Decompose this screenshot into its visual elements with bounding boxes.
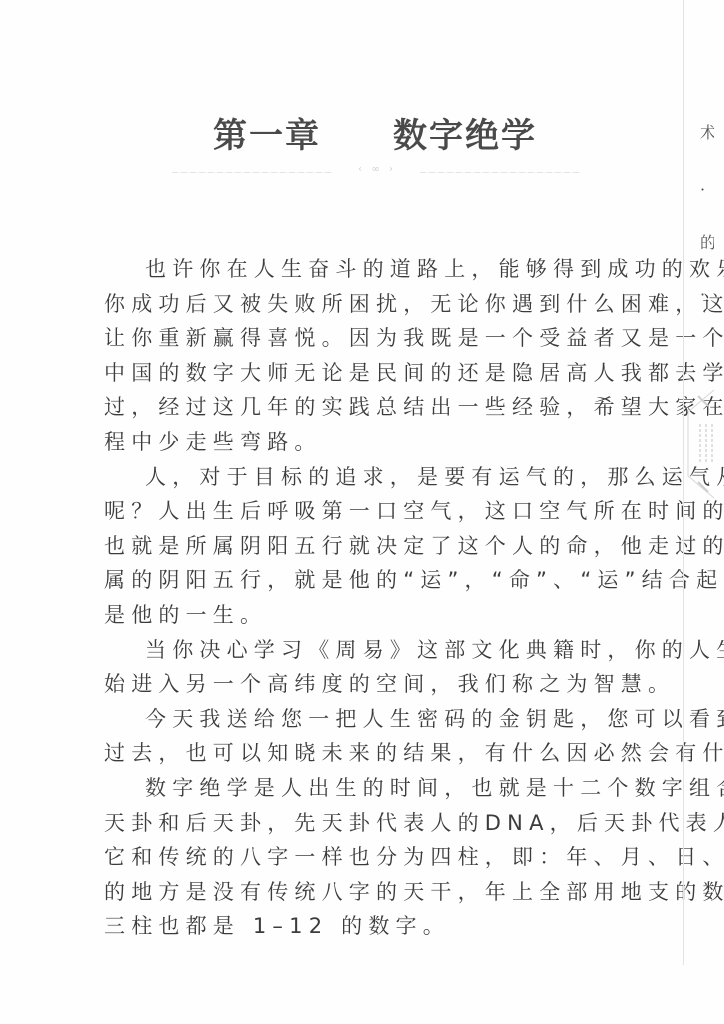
text-line: 属的阴阳五行，就是他的“运”，“命”、“运”结合起来就 (104, 563, 664, 598)
text-line: 是他的一生。 (104, 598, 664, 633)
text-line: 也就是所属阴阳五行就决定了这个人的命，他走过的每一刻所 (104, 529, 664, 564)
chapter-title: 第一章 数字绝学 (0, 108, 724, 157)
adjacent-glyph: · (700, 180, 714, 199)
text-line: 中国的数字大师无论是民间的还是隐居高人我都去学习拜访 (104, 356, 664, 391)
text-line: 的地方是没有传统八字的天干，年上全部用地支的数序，其它 (104, 875, 664, 910)
text-line: 过去，也可以知晓未来的结果，有什么因必然会有什么果。 (104, 736, 664, 771)
ornament-line-right (420, 172, 580, 173)
text-line: 呢？人出生后呼吸第一口空气，这口空气所在时间的天体运行 (104, 494, 664, 529)
adjacent-glyph: 的 (700, 230, 714, 253)
text-line: 天卦和后天卦，先天卦代表人的DNA，后天卦代表人事的结果。 (104, 806, 664, 841)
text-line: 人，对于目标的追求，是要有运气的，那么运气从哪里来 (104, 460, 664, 495)
text-line: 今天我送给您一把人生密码的金钥匙，您可以看到自己的 (104, 702, 664, 737)
text-line: 程中少走些弯路。 (104, 425, 664, 460)
text-line: 三柱也都是 1–12 的数字。 (104, 909, 664, 944)
trigram-icon (684, 388, 724, 500)
adjacent-glyph: · (700, 285, 714, 304)
ornament-line-left (172, 172, 332, 173)
ornament-infinity-icon: ‹ ∞ › (352, 164, 402, 175)
text-line: 当你决心学习《周易》这部文化典籍时，你的人生已经开 (104, 633, 664, 668)
title-ornament: ‹ ∞ › (172, 168, 582, 178)
text-line: 它和传统的八字一样也分为四柱，即：年、月、日、时，不同 (104, 840, 664, 875)
book-page: 第一章 数字绝学 ‹ ∞ › 也许你在人生奋斗的道路上，能够得到成功的欢乐，也许… (0, 0, 724, 1024)
text-line: 你成功后又被失败所困扰，无论你遇到什么困难，这本书都会 (104, 287, 664, 322)
chapter-body: 也许你在人生奋斗的道路上，能够得到成功的欢乐，也许 你成功后又被失败所困扰，无论… (104, 252, 664, 944)
text-line: 也许你在人生奋斗的道路上，能够得到成功的欢乐，也许 (104, 252, 664, 287)
text-line: 数字绝学是人出生的时间，也就是十二个数字组合成的先 (104, 771, 664, 806)
text-line: 始进入另一个高纬度的空间，我们称之为智慧。 (104, 667, 664, 702)
adjacent-glyph: 术 (700, 120, 714, 143)
text-line: 过，经过这几年的实践总结出一些经验，希望大家在应用的过 (104, 390, 664, 425)
text-line: 让你重新赢得喜悦。因为我既是一个受益者又是一个践行者， (104, 321, 664, 356)
